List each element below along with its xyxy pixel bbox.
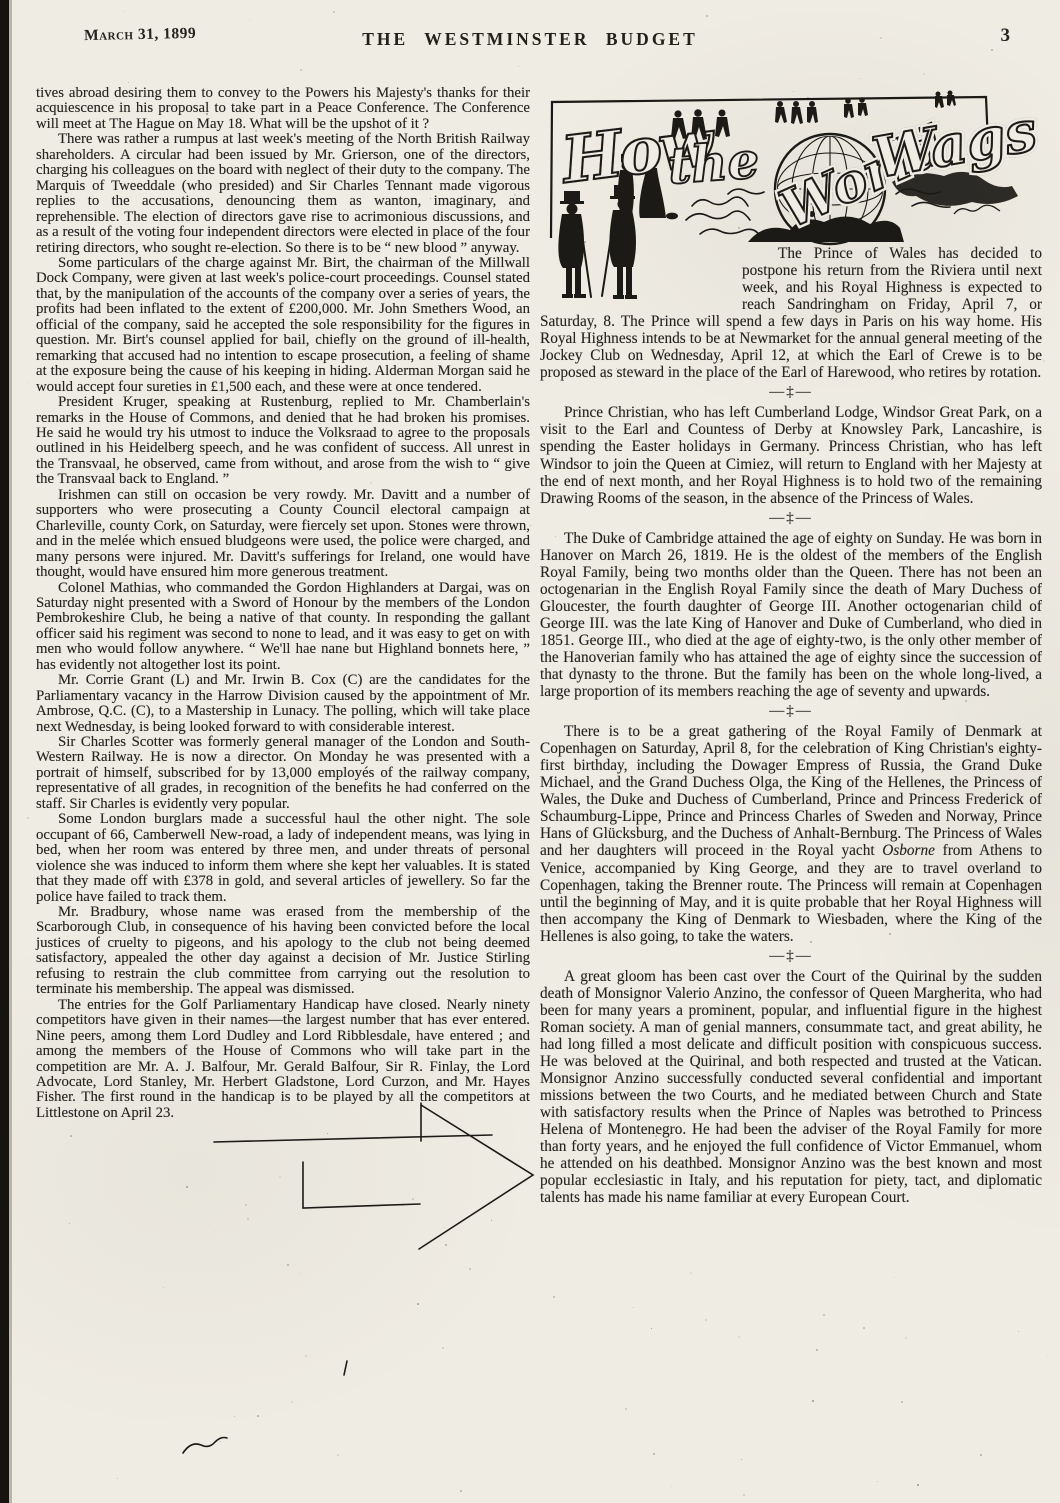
article-paragraph: Mr. Bradbury, whose name was erased from… [36,905,530,998]
page-number: 3 [1001,25,1011,47]
gentlemen-illustration [540,245,738,302]
strikethrough-jewellery-mark [214,1135,492,1142]
article-paragraph: The Prince of Wales has decided to postp… [540,245,1042,381]
flourish-squiggle-mark [183,1438,227,1454]
strikethrough-pigeons-mark [303,1162,420,1208]
scan-edge-shadow [9,0,12,1503]
caret-pen-tick [344,1361,347,1375]
section-divider: —‡— [540,507,1042,530]
newspaper-page: March 31, 1899 THE WESTMINSTER BUDGET 3 … [0,0,1060,1503]
arrow-pen-mark [419,1105,533,1249]
article-paragraph: Mr. Corrie Grant (L) and Mr. Irwin B. Co… [36,673,530,735]
right-column: How the World World Wags Wags [540,86,1042,1206]
section-divider: —‡— [540,381,1042,404]
article-paragraph: There is to be a great gathering of the … [540,723,1042,945]
gentlemen-silhouette-icon [536,141,736,303]
newspaper-title: THE WESTMINSTER BUDGET [0,29,1060,50]
artist-signature-mark [954,205,1000,214]
article-paragraph: tives abroad desiring them to convey to … [36,86,530,132]
article-paragraph: President Kruger, speaking at Rustenburg… [36,395,530,488]
scan-edge-artifact [0,0,9,1503]
article-paragraph: Sir Charles Scotter was formerly general… [36,735,530,812]
article-paragraph: Some particulars of the charge against M… [36,256,530,395]
article-paragraph: A great gloom has been cast over the Cou… [540,968,1042,1207]
article-paragraph: Prince Christian, who has left Cumberlan… [540,404,1042,506]
article-paragraph: Colonel Mathias, who commanded the Gordo… [36,581,530,674]
article-paragraph: Irishmen can still on occasion be very r… [36,488,530,581]
article-paragraph: The Duke of Cambridge attained the age o… [540,530,1042,700]
article-paragraph: The entries for the Golf Parliamentary H… [36,998,530,1122]
left-column: tives abroad desiring them to convey to … [36,86,530,1121]
word-wags: Wags [868,98,1042,192]
article-paragraph: There was rather a rumpus at last week's… [36,132,530,256]
section-divider: —‡— [540,700,1042,723]
article-paragraph: Some London burglars made a successful h… [36,812,530,905]
section-divider: —‡— [540,945,1042,968]
